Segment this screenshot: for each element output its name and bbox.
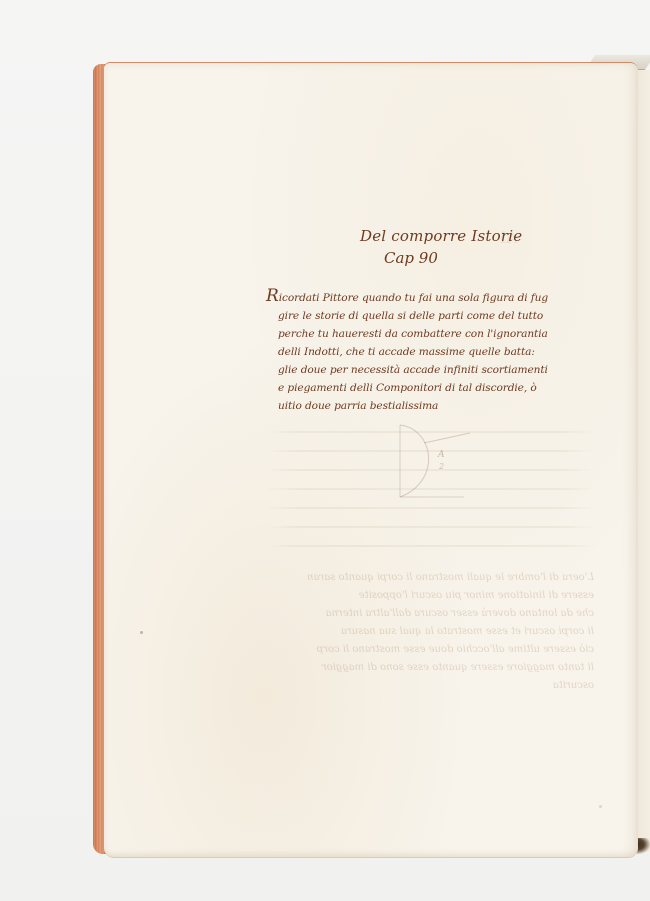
body-line-5: glie doue per necessità accade infiniti … — [266, 361, 586, 379]
paper-speck — [140, 631, 143, 634]
paper-speck — [599, 805, 602, 808]
body-line-2: gire le storie di quella si delle parti … — [266, 307, 586, 325]
bleed-through-diagram: A 2 — [394, 421, 474, 501]
bleed-through-text: L'oera di l'ombre le quali mostrano li c… — [274, 569, 594, 695]
chapter-number: Cap 90 — [384, 249, 438, 267]
body-line-3: perche tu haueresti da combattere con l'… — [266, 325, 586, 343]
svg-text:A: A — [437, 450, 445, 460]
body-text: Ricordati Pittore quando tu fai una sola… — [266, 289, 586, 415]
body-line-1: Ricordati Pittore quando tu fai una sola… — [266, 289, 586, 307]
manuscript-page: Al Del comporre Istorie Cap 90 Ricordati… — [104, 62, 638, 858]
decorated-initial: R — [266, 286, 279, 306]
body-line-7: uitio doue parria bestialissima — [266, 397, 586, 415]
body-line-4: delli Indotti, che ti accade massime que… — [266, 343, 586, 361]
chapter-title: Del comporre Istorie — [360, 227, 522, 245]
svg-text:2: 2 — [438, 462, 444, 471]
body-line-6: e piegamenti delli Componitori di tal di… — [266, 379, 586, 397]
